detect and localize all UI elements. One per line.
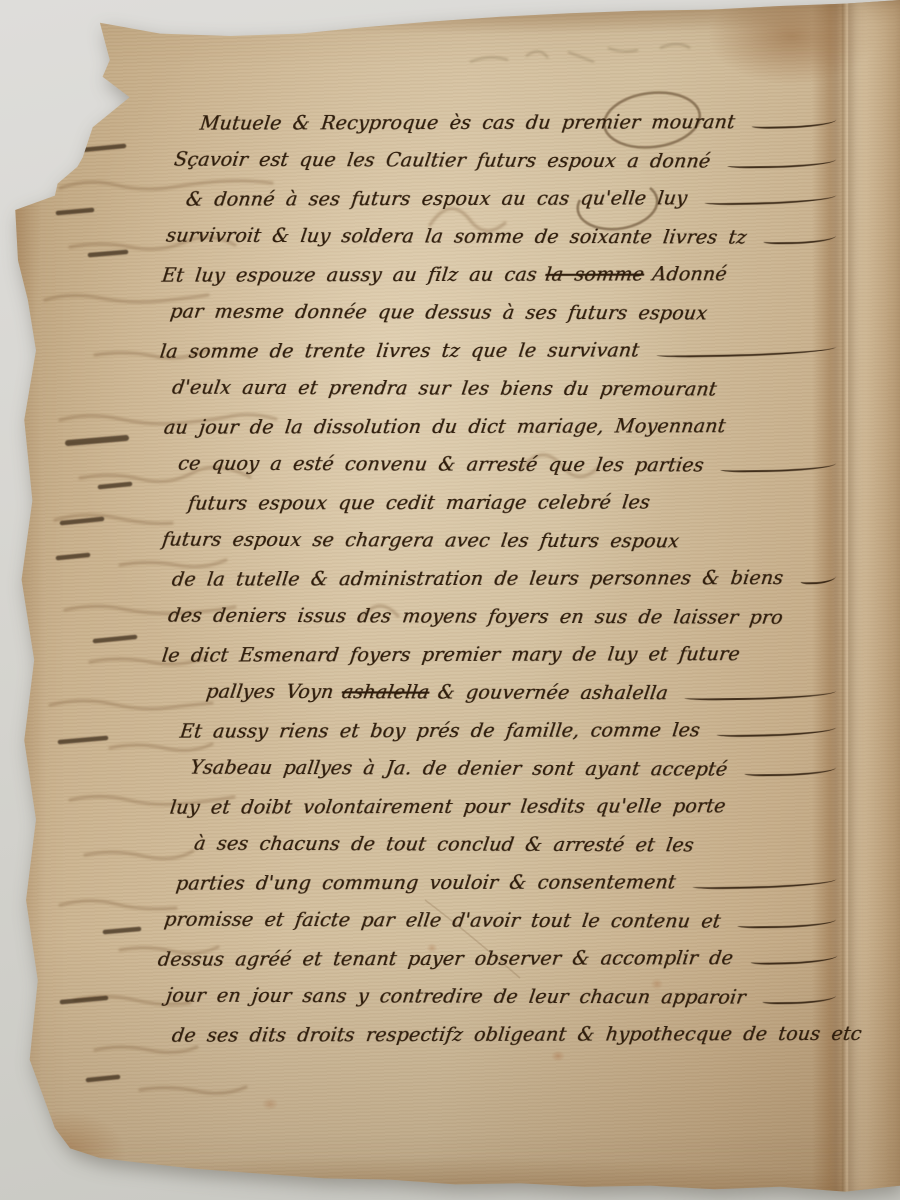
manuscript-line-text: dessus agréé et tenant payer observer & …	[157, 949, 734, 970]
ink-flourish	[720, 460, 836, 472]
manuscript-text: Mutuele & Recyproque ès cas du premier m…	[148, 104, 838, 1054]
ink-flourish	[692, 876, 836, 888]
manuscript-line-text: ce quoy a esté convenu & arresté que les…	[177, 454, 705, 475]
manuscript-line: futurs espoux se chargera avec les futur…	[160, 521, 841, 561]
manuscript-line-text: Ysabeau pallyes à Ja. de denier sont aya…	[189, 758, 729, 779]
manuscript-line-pre: pallyes Voyn	[205, 682, 335, 701]
ink-flourish	[704, 192, 837, 204]
manuscript-line: parties d'ung commung vouloir & consente…	[174, 863, 841, 903]
manuscript-line-text: par mesme donnée que dessus à ses futurs…	[169, 302, 709, 323]
manuscript-line-text: la somme de trente livres tz que le surv…	[159, 341, 640, 361]
manuscript-line-text: futurs espoux que cedit mariage celebré …	[187, 493, 651, 513]
manuscript-line: promisse et faicte par elle d'avoir tout…	[162, 901, 841, 941]
manuscript-line-post: Adonné	[651, 265, 728, 284]
manuscript-line: Ysabeau pallyes à Ja. de denier sont aya…	[188, 749, 841, 789]
manuscript-line-text: au jour de la dissolution du dict mariag…	[163, 417, 727, 437]
manuscript-line: le dict Esmenard foyers premier mary de …	[160, 635, 841, 675]
verso-edge-dashes	[58, 146, 139, 1080]
manuscript-line: Mutuele & Recyproque ès cas du premier m…	[198, 103, 841, 143]
manuscript-line: dessus agréé et tenant payer observer & …	[156, 939, 841, 979]
manuscript-line: survivroit & luy soldera la somme de soi…	[164, 217, 841, 257]
ink-flourish	[763, 232, 836, 244]
fold-crease	[842, 0, 848, 1200]
faint-top-inscription	[470, 44, 690, 62]
ink-flourish	[762, 992, 836, 1004]
manuscript-line-text: des deniers issus des moyens foyers en s…	[167, 606, 784, 627]
manuscript-line: Sçavoir est que les Caultier futurs espo…	[172, 141, 841, 181]
manuscript-line: la somme de trente livres tz que le surv…	[158, 331, 841, 371]
manuscript-line-text: Et aussy riens et boy prés de famille, c…	[179, 721, 701, 741]
ink-flourish	[750, 952, 837, 964]
manuscript-line: d'eulx aura et prendra sur les biens du …	[170, 369, 841, 409]
manuscript-line-text: futurs espoux se chargera avec les futur…	[161, 530, 680, 551]
manuscript-line: futurs espoux que cedit mariage celebré …	[186, 483, 841, 523]
manuscript-line: Et luy espouze aussy au filz au casla so…	[160, 255, 841, 295]
photograph-background: Mutuele & Recyproque ès cas du premier m…	[0, 0, 900, 1200]
manuscript-line: Et aussy riens et boy prés de famille, c…	[178, 711, 841, 751]
fold-right-strip	[848, 0, 900, 1200]
manuscript-line: luy et doibt volontairement pour lesdits…	[168, 787, 841, 827]
manuscript-line: pallyes Voynashalella& gouvernée ashalel…	[204, 673, 841, 713]
manuscript-line: de la tutelle & administration de leurs …	[170, 559, 841, 599]
manuscript-line: des deniers issus des moyens foyers en s…	[166, 597, 841, 637]
paper-sheet: Mutuele & Recyproque ès cas du premier m…	[0, 0, 900, 1200]
manuscript-line: de ses dits droits respectifz obligeant …	[170, 1015, 841, 1055]
ink-flourish	[717, 724, 837, 736]
manuscript-line-text: promisse et faicte par elle d'avoir tout…	[163, 910, 722, 931]
manuscript-line-text: & donné à ses futurs espoux au cas qu'el…	[185, 189, 688, 209]
manuscript-line: au jour de la dissolution du dict mariag…	[162, 407, 841, 447]
manuscript-line: à ses chacuns de tout conclud & arresté …	[192, 825, 841, 865]
manuscript-paper: Mutuele & Recyproque ès cas du premier m…	[0, 0, 900, 1200]
ink-flourish	[656, 344, 837, 356]
manuscript-line-text: parties d'ung commung vouloir & consente…	[175, 873, 677, 893]
manuscript-line-text: luy et doibt volontairement pour lesdits…	[169, 797, 727, 817]
manuscript-line-struck: la somme	[544, 265, 645, 284]
manuscript-line-text: Mutuele & Recyproque ès cas du premier m…	[199, 113, 736, 133]
ink-flourish	[800, 572, 837, 584]
manuscript-line-text: jour en jour sans y contredire de leur c…	[165, 986, 747, 1007]
manuscript-line: & donné à ses futurs espoux au cas qu'el…	[184, 179, 841, 219]
manuscript-line-text: survivroit & luy soldera la somme de soi…	[165, 226, 748, 247]
manuscript-line-text: à ses chacuns de tout conclud & arresté …	[193, 834, 695, 855]
manuscript-line: jour en jour sans y contredire de leur c…	[164, 977, 841, 1017]
manuscript-line-struck: ashalella	[341, 683, 431, 702]
ink-flourish	[727, 156, 837, 168]
ink-flourish	[752, 116, 837, 128]
manuscript-line-post: & gouvernée ashalella	[436, 683, 669, 703]
manuscript-line-text: Sçavoir est que les Caultier futurs espo…	[173, 150, 712, 171]
manuscript-line-pre: Et luy espouze aussy au filz au cas	[161, 265, 538, 285]
manuscript-line-text: d'eulx aura et prendra sur les biens du …	[171, 378, 718, 399]
manuscript-line: par mesme donnée que dessus à ses futurs…	[168, 293, 841, 333]
manuscript-line-text: le dict Esmenard foyers premier mary de …	[161, 645, 741, 666]
ink-flourish	[744, 764, 837, 776]
ink-flourish	[737, 916, 836, 928]
ink-flourish	[684, 688, 836, 701]
manuscript-line-text: de ses dits droits respectifz obligeant …	[171, 1025, 863, 1046]
manuscript-line: ce quoy a esté convenu & arresté que les…	[176, 445, 841, 485]
manuscript-line-text: de la tutelle & administration de leurs …	[171, 569, 785, 590]
